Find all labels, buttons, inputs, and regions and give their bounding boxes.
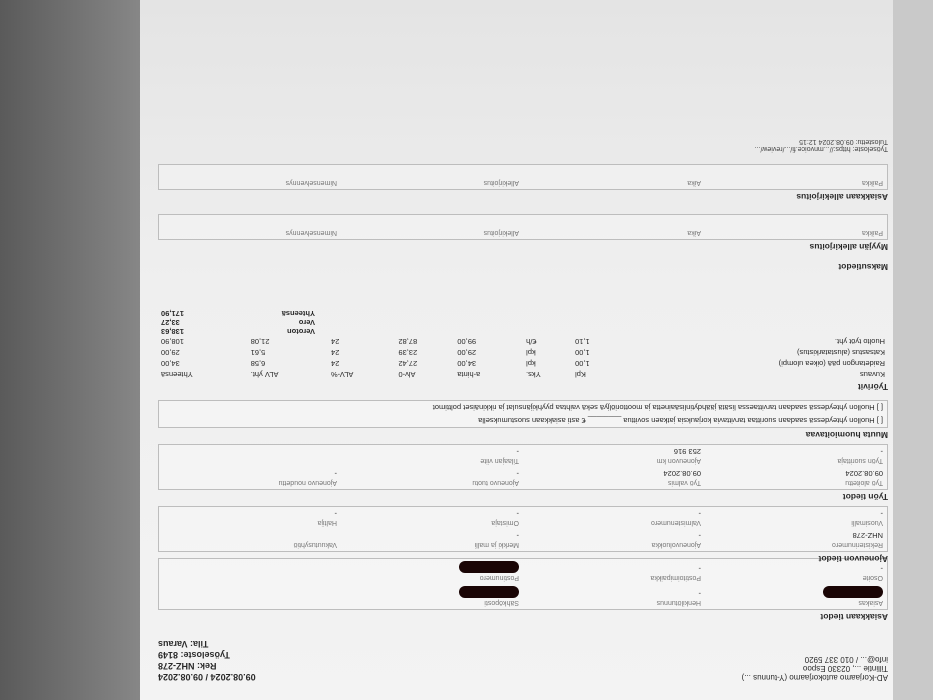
table-cell: 6,58 bbox=[248, 358, 328, 369]
table-cell: 24 bbox=[328, 336, 395, 347]
field-label: Asiakas bbox=[709, 598, 883, 607]
notes-box: [ ] Huollon yhteydessä saadaan suorittaa… bbox=[158, 400, 888, 428]
company-address: Tillintie ..., 02330 Espoo bbox=[742, 664, 888, 673]
company-contact: info@... / 010 337 5920 bbox=[742, 655, 888, 664]
field-label: Vuosimalli bbox=[709, 518, 883, 527]
info-field: Vuosimalli- bbox=[705, 507, 887, 529]
field-label: Postitoimipaikka bbox=[527, 573, 701, 582]
field-value: - bbox=[709, 447, 883, 456]
background-left bbox=[0, 0, 150, 700]
field-value: - bbox=[345, 469, 519, 478]
total-value: 33,27 bbox=[158, 318, 226, 327]
info-field: Työ aloitettu09.08.2024 bbox=[705, 467, 887, 489]
table-cell: 99,00 bbox=[454, 336, 523, 347]
totals-row: Vero33,27 bbox=[158, 318, 318, 327]
table-row: Raidetangon pää (oikea ulompi)1,00kpl34,… bbox=[158, 358, 888, 369]
work-box: Työ aloitettu09.08.2024Työ valmis09.08.2… bbox=[158, 444, 888, 490]
document-footer: Työseloste: https://...mnvoice.fi/.../re… bbox=[755, 138, 888, 152]
background-right bbox=[893, 0, 933, 700]
field-value: 253 916 bbox=[527, 447, 701, 456]
customer-sign-title: Asiakkaan allekirjoitus bbox=[158, 192, 888, 202]
table-cell: 5,61 bbox=[248, 347, 328, 358]
table-cell: 24 bbox=[328, 347, 395, 358]
totals-row: Yhteensä171,90 bbox=[158, 309, 318, 318]
customer-sign-box: Paikka Aika Allekirjoitus Nimenselvennys bbox=[158, 164, 888, 190]
table-cell: 27,42 bbox=[395, 358, 454, 369]
field-value: - bbox=[709, 509, 883, 518]
column-header: Yks. bbox=[523, 369, 572, 380]
field-value: - bbox=[345, 447, 519, 456]
field-value: 09.08.2024 bbox=[709, 469, 883, 478]
table-row: Katsastus (alustatarkistus)1,00kpl29,002… bbox=[158, 347, 888, 358]
customer-field: Henkilötunnus- bbox=[523, 584, 705, 609]
table-cell: 108,90 bbox=[158, 336, 248, 347]
field-value: NHZ-278 bbox=[709, 531, 883, 540]
customer-sign-section: Asiakkaan allekirjoitus Paikka Aika Alle… bbox=[158, 164, 888, 202]
customer-field bbox=[159, 584, 341, 609]
order-status: Tila: Varaus bbox=[158, 638, 256, 649]
items-section: Työrivit KuvausKplYks.a-hintaAlv-0ALV-%A… bbox=[158, 309, 888, 392]
company-name: AD-Korjaamo autokorjaamo (Y-tunnus ...) bbox=[742, 673, 888, 682]
total-label: Veroton bbox=[226, 327, 318, 336]
work-title: Työn tiedot bbox=[158, 492, 888, 502]
field-value: - bbox=[709, 564, 883, 573]
document-header: AD-Korjaamo autokorjaamo (Y-tunnus ...) … bbox=[158, 632, 888, 682]
table-cell: €/h bbox=[523, 336, 572, 347]
info-field: Ajoneuvon km253 916 bbox=[523, 445, 705, 467]
sign-time: Aika bbox=[523, 165, 705, 189]
column-header: a-hinta bbox=[454, 369, 523, 380]
info-field: RekisterinumeroNHZ-278 bbox=[705, 529, 887, 551]
field-value: - bbox=[527, 589, 701, 598]
footer-printed: Tulostettu: 09.08.2024 12:15 bbox=[755, 138, 888, 145]
customer-box: AsiakasHenkilötunnus-SähköpostiOsoite-Po… bbox=[158, 558, 888, 610]
table-cell: 29,00 bbox=[454, 347, 523, 358]
table-cell: 23,39 bbox=[395, 347, 454, 358]
field-label: Rekisterinumero bbox=[709, 540, 883, 549]
vehicle-title: Ajoneuvon tiedot bbox=[158, 554, 888, 564]
column-header: ALV yht. bbox=[248, 369, 328, 380]
total-label: Yhteensä bbox=[226, 309, 318, 318]
sign-name: Nimenselvennys bbox=[159, 165, 341, 189]
payment-section: Maksutiedot bbox=[158, 260, 888, 272]
table-cell: 24 bbox=[328, 358, 395, 369]
table-cell: 87,82 bbox=[395, 336, 454, 347]
customer-title: Asiakkaan tiedot bbox=[158, 612, 888, 622]
sign-time: Aika bbox=[523, 215, 705, 239]
info-field: Vakuutusyhtiö bbox=[159, 529, 341, 551]
field-value: - bbox=[163, 509, 337, 518]
customer-field: Asiakas bbox=[705, 584, 887, 609]
redaction-mark bbox=[823, 586, 883, 598]
date-range: 09.08.2024 / 09.08.2024 bbox=[158, 671, 256, 682]
sign-name: Nimenselvennys bbox=[159, 215, 341, 239]
table-cell: 1,10 bbox=[572, 336, 621, 347]
sign-signature: Allekirjoitus bbox=[341, 215, 523, 239]
totals-row: Veroton138,63 bbox=[158, 327, 318, 336]
field-value: - bbox=[527, 564, 701, 573]
total-label: Vero bbox=[226, 318, 318, 327]
company-info: AD-Korjaamo autokorjaamo (Y-tunnus ...) … bbox=[742, 655, 888, 682]
field-label: Ajoneuvo noudettu bbox=[163, 478, 337, 487]
seller-sign-section: Myyjän allekirjoitus Paikka Aika Allekir… bbox=[158, 214, 888, 252]
items-title: Työrivit bbox=[158, 382, 888, 392]
redaction-mark bbox=[459, 586, 519, 598]
field-label: Ajoneuvon km bbox=[527, 456, 701, 465]
payment-title: Maksutiedot bbox=[158, 262, 888, 272]
sign-signature: Allekirjoitus bbox=[341, 165, 523, 189]
column-header: Kuvaus bbox=[621, 369, 888, 380]
field-label: Sähköposti bbox=[345, 598, 519, 607]
table-cell: 34,00 bbox=[454, 358, 523, 369]
vehicle-box: RekisterinumeroNHZ-278Ajoneuvoluokka-Mer… bbox=[158, 506, 888, 552]
field-label: Ajoneuvo tuotu bbox=[345, 478, 519, 487]
column-header: Alv-0 bbox=[395, 369, 454, 380]
info-field: Valmistenumero- bbox=[523, 507, 705, 529]
info-field: Ajoneuvo noudettu- bbox=[159, 467, 341, 489]
field-label: Henkilötunnus bbox=[527, 598, 701, 607]
table-cell: kpl bbox=[523, 347, 572, 358]
table-cell: 21,08 bbox=[248, 336, 328, 347]
customer-section: Asiakkaan tiedot AsiakasHenkilötunnus-Sä… bbox=[158, 558, 888, 622]
order-info: 09.08.2024 / 09.08.2024 Rek: NHZ-278 Työ… bbox=[158, 638, 256, 682]
total-value: 171,90 bbox=[158, 309, 226, 318]
field-label: Työn suorittaja bbox=[709, 456, 883, 465]
total-value: 138,63 bbox=[158, 327, 226, 336]
field-label: Työ aloitettu bbox=[709, 478, 883, 487]
table-cell: kpl bbox=[523, 358, 572, 369]
field-value bbox=[709, 586, 883, 598]
info-field: Omistaja- bbox=[341, 507, 523, 529]
customer-field: Sähköposti bbox=[341, 584, 523, 609]
items-table: KuvausKplYks.a-hintaAlv-0ALV-%ALV yht.Yh… bbox=[158, 336, 888, 380]
table-cell: Katsastus (alustatarkistus) bbox=[621, 347, 888, 358]
field-value: - bbox=[527, 531, 701, 540]
info-field: Ajoneuvoluokka- bbox=[523, 529, 705, 551]
seller-sign-box: Paikka Aika Allekirjoitus Nimenselvennys bbox=[158, 214, 888, 240]
note-line: [ ] Huollon yhteydessä saadaan tarvittae… bbox=[159, 401, 887, 414]
work-section: Työn tiedot Työ aloitettu09.08.2024Työ v… bbox=[158, 444, 888, 502]
table-row: Huolto työt yht.1,10€/h99,0087,822421,08… bbox=[158, 336, 888, 347]
notes-section: Muuta huomioitavaa [ ] Huollon yhteydess… bbox=[158, 400, 888, 440]
seller-sign-title: Myyjän allekirjoitus bbox=[158, 242, 888, 252]
info-field bbox=[159, 445, 341, 467]
registration: Rek: NHZ-278 bbox=[158, 660, 256, 671]
footer-link: Työseloste: https://...mnvoice.fi/.../re… bbox=[755, 145, 888, 152]
table-cell: 29,00 bbox=[158, 347, 248, 358]
sign-place: Paikka bbox=[705, 165, 887, 189]
sign-place: Paikka bbox=[705, 215, 887, 239]
info-field: Merkki ja malli- bbox=[341, 529, 523, 551]
totals-table: Veroton138,63Vero33,27Yhteensä171,90 bbox=[158, 309, 318, 336]
notes-title: Muuta huomioitavaa bbox=[158, 430, 888, 440]
work-order-document: AD-Korjaamo autokorjaamo (Y-tunnus ...) … bbox=[148, 8, 898, 692]
table-cell: Huolto työt yht. bbox=[621, 336, 888, 347]
column-header: Yhteensä bbox=[158, 369, 248, 380]
vehicle-section: Ajoneuvon tiedot RekisterinumeroNHZ-278A… bbox=[158, 506, 888, 564]
column-header: ALV-% bbox=[328, 369, 395, 380]
field-value bbox=[345, 586, 519, 598]
field-value: 09.08.2024 bbox=[527, 469, 701, 478]
field-label: Vakuutusyhtiö bbox=[163, 540, 337, 549]
info-field: Tilaajan viite- bbox=[341, 445, 523, 467]
table-cell: 1,00 bbox=[572, 347, 621, 358]
field-label: Työ valmis bbox=[527, 478, 701, 487]
field-value: - bbox=[345, 509, 519, 518]
field-label: Merkki ja malli bbox=[345, 540, 519, 549]
order-number: Työseloste: 8149 bbox=[158, 649, 256, 660]
column-header: Kpl bbox=[572, 369, 621, 380]
field-label: Valmistenumero bbox=[527, 518, 701, 527]
info-field: Työ valmis09.08.2024 bbox=[523, 467, 705, 489]
table-cell: Raidetangon pää (oikea ulompi) bbox=[621, 358, 888, 369]
field-label: Omistaja bbox=[345, 518, 519, 527]
info-field: Työn suorittaja- bbox=[705, 445, 887, 467]
field-value: - bbox=[527, 509, 701, 518]
field-value: - bbox=[163, 469, 337, 478]
field-label: Ajoneuvoluokka bbox=[527, 540, 701, 549]
note-line: [ ] Huollon yhteydessä saadaan suorittaa… bbox=[159, 414, 887, 427]
field-label: Haltija bbox=[163, 518, 337, 527]
field-label: Osoite bbox=[709, 573, 883, 582]
info-field: Ajoneuvo tuotu- bbox=[341, 467, 523, 489]
table-cell: 34,00 bbox=[158, 358, 248, 369]
field-label: Postinumero bbox=[345, 573, 519, 582]
table-cell: 1,00 bbox=[572, 358, 621, 369]
field-label: Tilaajan viite bbox=[345, 456, 519, 465]
field-value: - bbox=[345, 531, 519, 540]
info-field: Haltija- bbox=[159, 507, 341, 529]
